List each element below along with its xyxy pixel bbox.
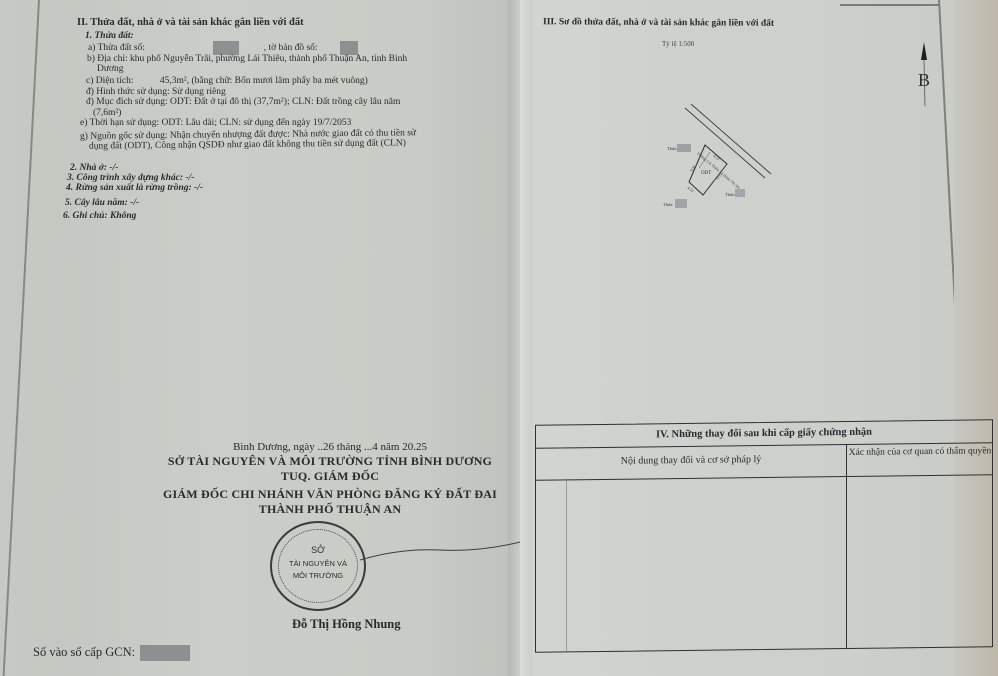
map-scale: Tỷ lệ 1:500	[662, 40, 694, 48]
signature-block: Bình Dương, ngày ..26 tháng ...4 năm 20.…	[150, 441, 510, 517]
stamp-line-2: TÀI NGUYÊN VÀ	[272, 559, 364, 568]
gcn-register-label: Số vào sổ cấp GCN:	[33, 645, 135, 659]
issuing-org: SỞ TÀI NGUYÊN VÀ MÔI TRƯỜNG TỈNH BÌNH DƯ…	[150, 454, 510, 469]
neighbor-label-south: Thửa	[663, 202, 672, 207]
address-line: b) Địa chỉ: khu phố Nguyễn Trãi, phường …	[87, 54, 407, 65]
signer-name: Đỗ Thị Hồng Nhung	[292, 617, 401, 632]
north-arrow: B	[912, 38, 942, 108]
area-value: 45,3m², (bằng chữ: Bốn mươi lăm phẩy ba …	[160, 76, 368, 86]
top-rule	[840, 4, 940, 6]
usage-purpose: đ) Mục đích sử dụng: ODT: Đất ở tại đô t…	[86, 97, 400, 108]
page-fold	[508, 0, 532, 676]
area-row: c) Diện tích: 45,3m², (bằng chữ: Bốn mươ…	[86, 76, 368, 87]
col-header-change-content: Nội dung thay đổi và cơ sở pháp lý	[536, 453, 846, 468]
usage-term: e) Thời hạn sử dụng: ODT: Lâu dài; CLN: …	[80, 118, 351, 129]
edge-label-left: 9.90	[689, 164, 697, 173]
stamp-line-3: MÔI TRƯỜNG	[272, 571, 364, 580]
edge-label-top: 4.50	[712, 153, 721, 161]
redacted-map-sheet	[340, 41, 358, 55]
parcel-diagram: ODT Đường Lái Thiêu 54 (hẻm 74) 3m 4.50 …	[655, 100, 775, 210]
signature-stroke	[360, 540, 520, 570]
item-notes: 6. Ghi chú: Không	[63, 211, 136, 222]
land-use-label: ODT	[701, 171, 711, 176]
authorization: TUQ. GIÁM ĐỐC	[150, 469, 510, 484]
changes-table: IV. Những thay đổi sau khi cấp giấy chứn…	[535, 419, 993, 653]
redacted-gcn-number	[140, 645, 190, 661]
changes-table-header: Nội dung thay đổi và cơ sở pháp lý Xác n…	[536, 443, 992, 481]
north-label: B	[918, 70, 930, 91]
official-stamp: SỞ TÀI NGUYÊN VÀ MÔI TRƯỜNG	[270, 521, 366, 611]
changes-table-column-divider	[846, 445, 847, 648]
col-header-authority-confirmation: Xác nhận của cơ quan có thẩm quyền	[848, 446, 992, 459]
neighbor-label-west: Thửa	[667, 146, 676, 151]
signer-city: THÀNH PHỐ THUẬN AN	[150, 502, 510, 517]
issue-date: Bình Dương, ngày ..26 tháng ...4 năm 20.…	[150, 441, 510, 454]
section-title-iii: III. Sơ đồ thửa đất, nhà ở và tài sản kh…	[543, 17, 774, 30]
area-label: c) Diện tích:	[86, 76, 133, 86]
item-perennial-trees: 5. Cây lâu năm: -/-	[65, 198, 139, 209]
parcel-number-label: a) Thửa đất số:	[88, 43, 145, 53]
section-title-ii: II. Thửa đất, nhà ở và tài sản khác gắn …	[77, 17, 304, 28]
gcn-register-row: Số vào sổ cấp GCN:	[33, 645, 190, 661]
map-sheet-label: , tờ bản đồ số:	[264, 43, 318, 53]
redacted-parcel-number	[213, 41, 239, 55]
stamp-line-1: SỞ	[272, 545, 364, 555]
signer-title: GIÁM ĐỐC CHI NHÁNH VĂN PHÒNG ĐĂNG KÝ ĐẤT…	[150, 487, 510, 502]
changes-table-margin-line	[566, 480, 567, 651]
neighbor-label-east: Thửa	[725, 192, 734, 197]
address-cont: Dương	[97, 64, 124, 75]
parcel-number-row: a) Thửa đất số: , tờ bản đồ số:	[88, 41, 358, 55]
item-production-forest: 4. Rừng sản xuất là rừng trồng: -/-	[66, 183, 203, 194]
